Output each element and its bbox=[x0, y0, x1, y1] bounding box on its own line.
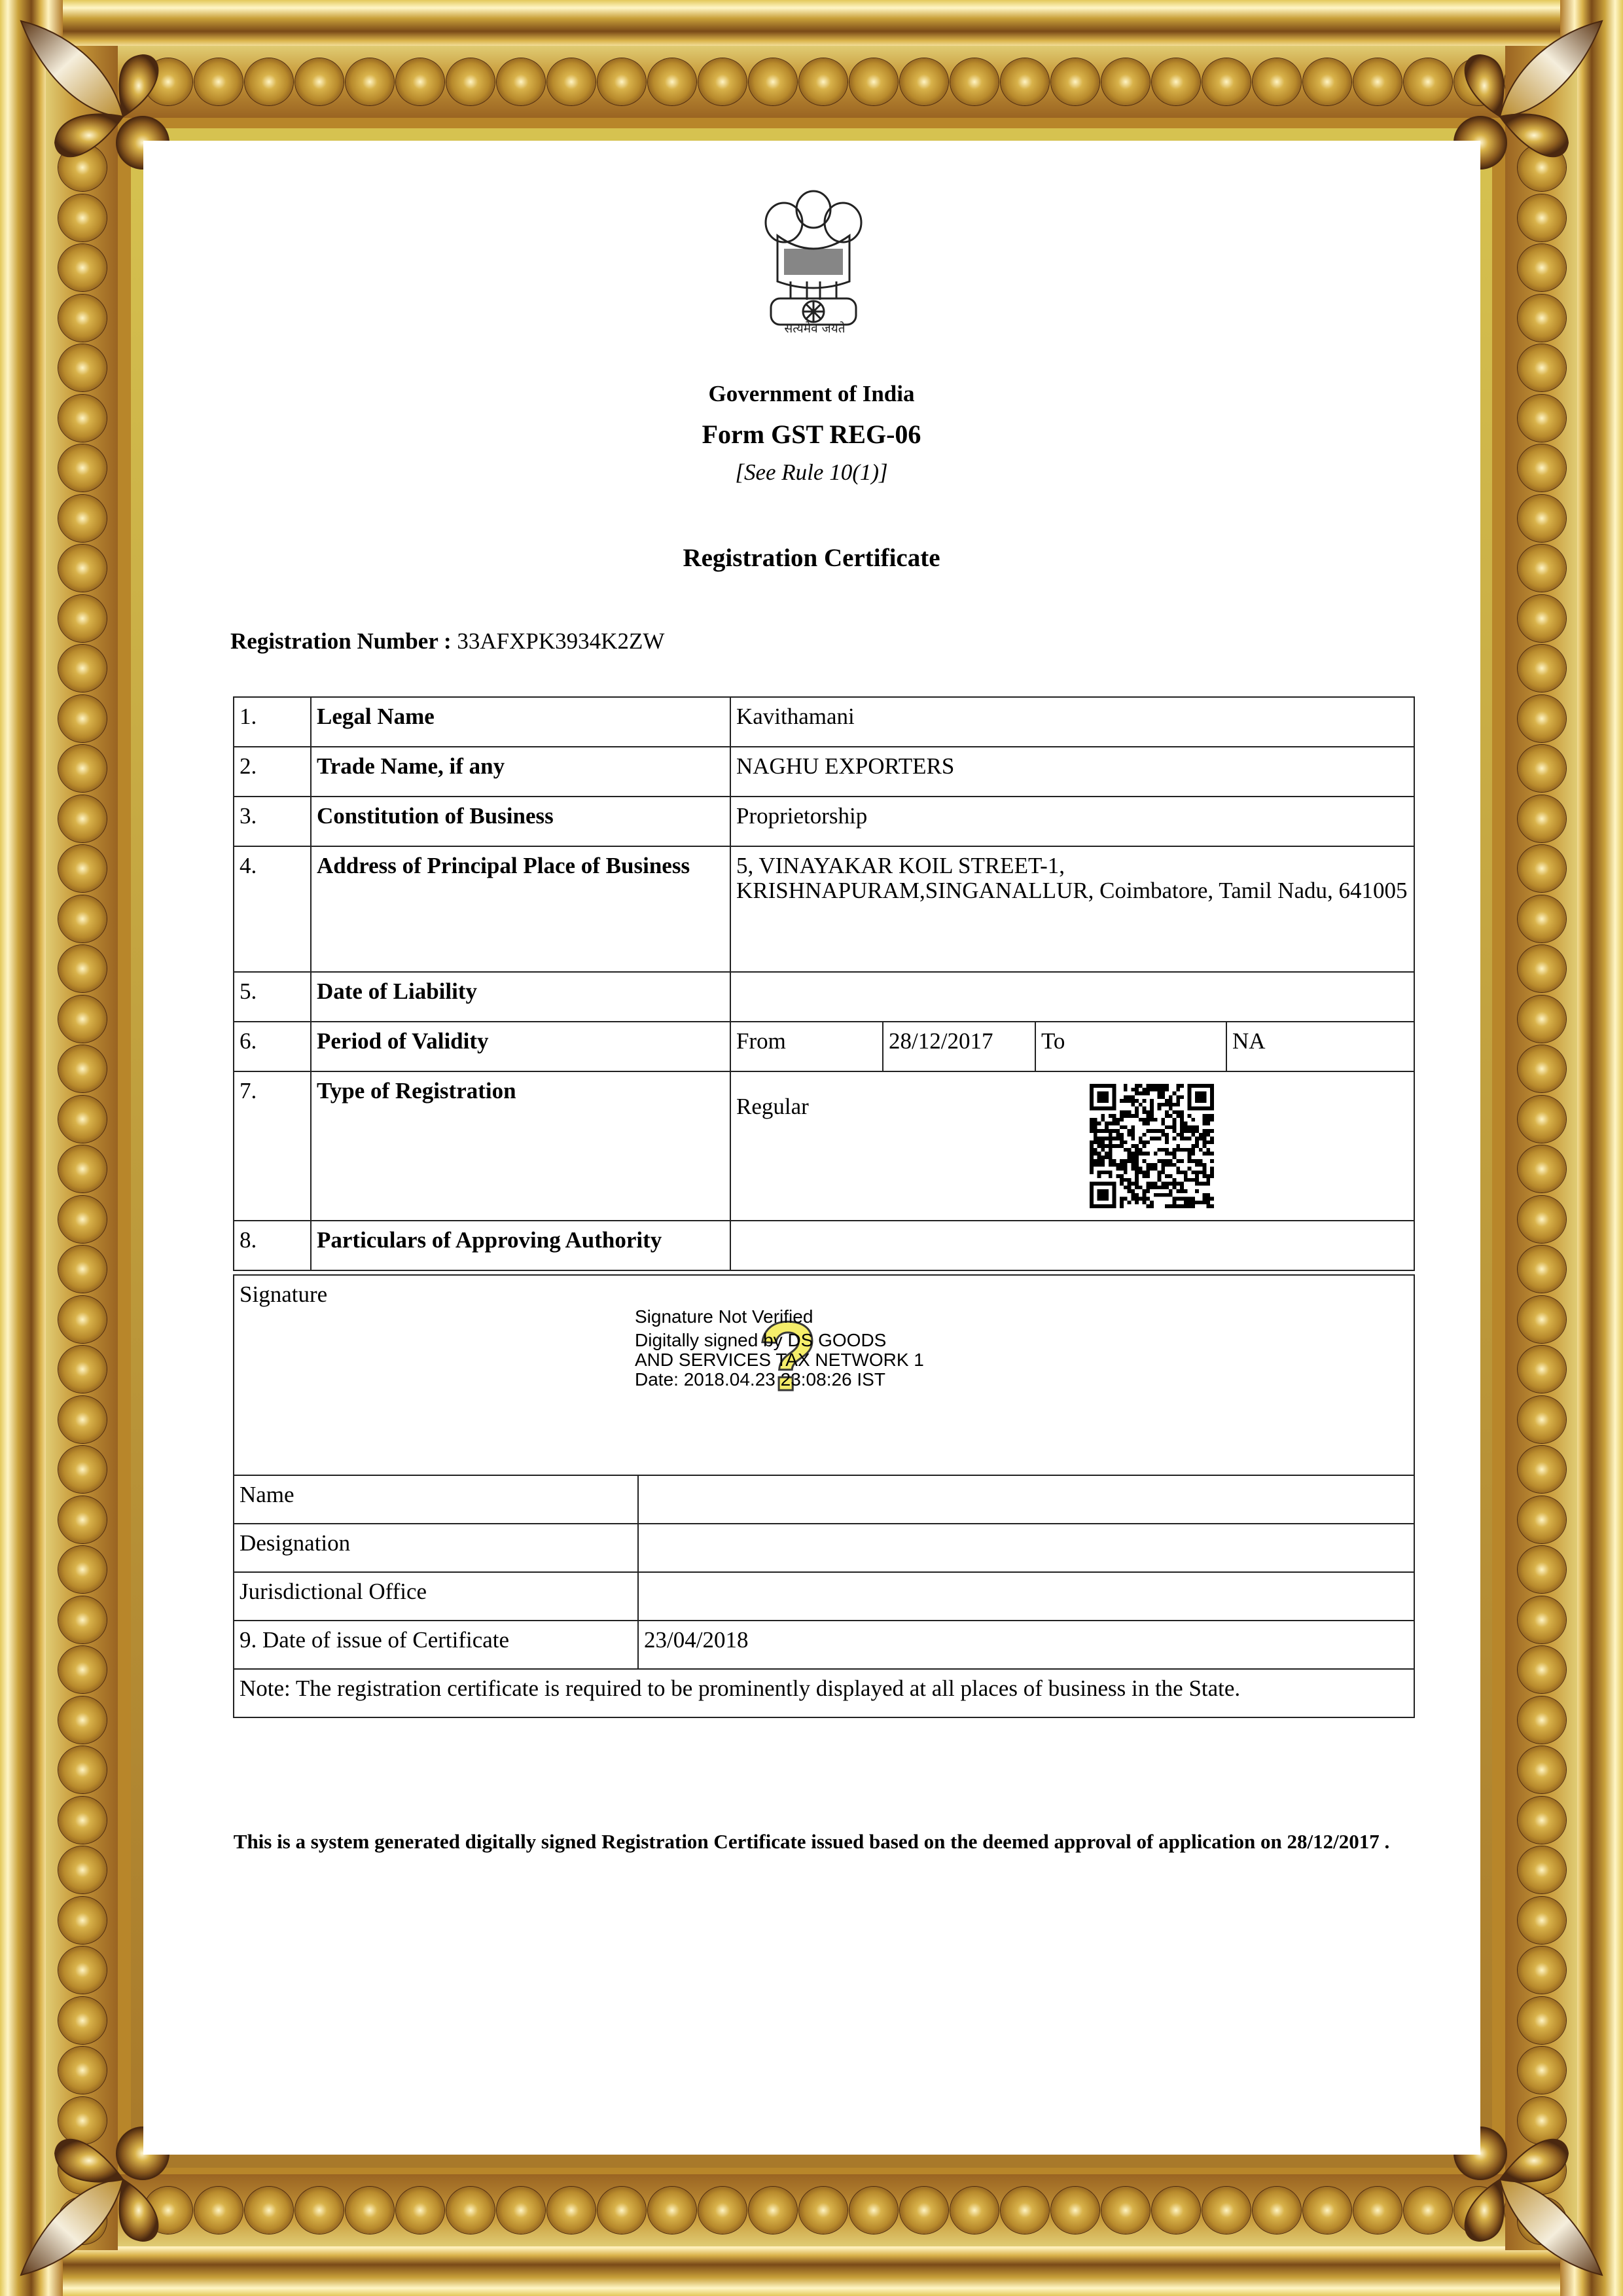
bead-ornament bbox=[58, 1145, 107, 1193]
bead-ornament bbox=[346, 58, 394, 105]
bead-ornament bbox=[597, 58, 646, 105]
bead-ornament bbox=[547, 58, 596, 105]
bead-ornament bbox=[1404, 58, 1452, 105]
signed-by-line-1: Digitally signed by DS GOODS bbox=[635, 1331, 924, 1350]
validity-to-value: NA bbox=[1226, 1022, 1414, 1071]
issue-date-label: 9. Date of issue of Certificate bbox=[234, 1621, 638, 1669]
jurisdictional-office-value bbox=[638, 1572, 1414, 1621]
bead-ornament bbox=[58, 795, 107, 842]
bead-ornament bbox=[1202, 2187, 1251, 2234]
government-heading: Government of India bbox=[0, 381, 1623, 407]
bead-ornament bbox=[1518, 895, 1566, 942]
bead-ornament bbox=[1303, 58, 1351, 105]
bead-ornament bbox=[58, 1096, 107, 1143]
bead-row-left bbox=[46, 46, 118, 2250]
table-row: 9. Date of issue of Certificate 23/04/20… bbox=[234, 1621, 1414, 1669]
table-row: 7. Type of Registration Regular bbox=[234, 1071, 1414, 1221]
bead-ornament bbox=[698, 58, 747, 105]
bead-ornament bbox=[58, 895, 107, 942]
bead-ornament bbox=[1518, 244, 1566, 291]
registration-number: Registration Number : 33AFXPK3934K2ZW bbox=[230, 628, 664, 655]
bead-ornament bbox=[1518, 295, 1566, 342]
bead-ornament bbox=[1001, 2187, 1049, 2234]
table-row: 2. Trade Name, if any NAGHU EXPORTERS bbox=[234, 747, 1414, 797]
bead-ornament bbox=[749, 2187, 797, 2234]
row-label: Date of Liability bbox=[311, 972, 730, 1022]
bead-ornament bbox=[346, 2187, 394, 2234]
rule-reference: [See Rule 10(1)] bbox=[0, 459, 1623, 486]
bead-ornament bbox=[1518, 695, 1566, 742]
constitution-value: Proprietorship bbox=[730, 797, 1414, 846]
bead-row-bottom bbox=[46, 2174, 1577, 2246]
row-label: Particulars of Approving Authority bbox=[311, 1221, 730, 1270]
registration-type-cell: Regular bbox=[730, 1071, 1414, 1221]
authority-name-value bbox=[638, 1475, 1414, 1524]
bead-ornament bbox=[295, 2187, 344, 2234]
signature-date: Date: 2018.04.23 23:08:26 IST bbox=[635, 1370, 924, 1390]
bead-ornament bbox=[749, 58, 797, 105]
row-label: Type of Registration bbox=[311, 1071, 730, 1221]
bead-ornament bbox=[58, 695, 107, 742]
bead-ornament bbox=[58, 495, 107, 542]
trade-name-value: NAGHU EXPORTERS bbox=[730, 747, 1414, 797]
bead-ornament bbox=[1518, 845, 1566, 892]
bead-ornament bbox=[396, 58, 444, 105]
table-row: Name bbox=[234, 1475, 1414, 1524]
bead-ornament bbox=[1404, 2187, 1452, 2234]
bead-ornament bbox=[1518, 1746, 1566, 1793]
bead-ornament bbox=[58, 1746, 107, 1793]
bead-ornament bbox=[1518, 645, 1566, 692]
row-label: Constitution of Business bbox=[311, 797, 730, 846]
bead-ornament bbox=[1518, 1596, 1566, 1643]
bead-ornament bbox=[245, 2187, 293, 2234]
date-of-liability-value bbox=[730, 972, 1414, 1022]
bead-ornament bbox=[1101, 2187, 1150, 2234]
bead-ornament bbox=[1051, 2187, 1099, 2234]
bead-ornament bbox=[58, 1196, 107, 1243]
signature-cell: Signature ? Signature Not Verified Digit… bbox=[234, 1275, 1414, 1475]
system-generated-footer: This is a system generated digitally sig… bbox=[0, 1830, 1623, 1854]
bead-ornament bbox=[1518, 595, 1566, 642]
row-number: 1. bbox=[234, 697, 311, 747]
certificate-title: Registration Certificate bbox=[0, 543, 1623, 573]
bead-ornament bbox=[849, 2187, 898, 2234]
bead-ornament bbox=[58, 1396, 107, 1443]
row-number: 2. bbox=[234, 747, 311, 797]
bead-ornament bbox=[1101, 58, 1150, 105]
bead-ornament bbox=[1518, 1296, 1566, 1343]
bead-ornament bbox=[1518, 1946, 1566, 1994]
bead-ornament bbox=[58, 1246, 107, 1293]
bead-ornament bbox=[245, 58, 293, 105]
bead-ornament bbox=[648, 2187, 696, 2234]
bead-ornament bbox=[497, 58, 545, 105]
display-note: Note: The registration certificate is re… bbox=[234, 1669, 1414, 1717]
bead-ornament bbox=[194, 2187, 243, 2234]
bead-ornament bbox=[58, 1496, 107, 1543]
bead-ornament bbox=[1202, 58, 1251, 105]
emblem-motto: सत्यमेव जयते bbox=[772, 319, 857, 336]
bead-ornament bbox=[58, 845, 107, 892]
bead-ornament bbox=[58, 996, 107, 1043]
bead-row-right bbox=[1505, 46, 1577, 2250]
bead-ornament bbox=[1518, 194, 1566, 242]
validity-from-value: 28/12/2017 bbox=[883, 1022, 1035, 1071]
bead-ornament bbox=[1518, 1145, 1566, 1193]
bead-ornament bbox=[194, 58, 243, 105]
bead-ornament bbox=[1518, 1045, 1566, 1092]
row-label: Legal Name bbox=[311, 697, 730, 747]
validity-to-label: To bbox=[1035, 1022, 1226, 1071]
bead-ornament bbox=[698, 2187, 747, 2234]
bead-ornament bbox=[1518, 1096, 1566, 1143]
authority-name-label: Name bbox=[234, 1475, 638, 1524]
table-row: Designation bbox=[234, 1524, 1414, 1572]
bead-ornament bbox=[58, 645, 107, 692]
bead-ornament bbox=[1518, 2047, 1566, 2094]
bead-ornament bbox=[58, 1045, 107, 1092]
bead-ornament bbox=[799, 2187, 847, 2234]
bead-ornament bbox=[950, 2187, 999, 2234]
row-number: 5. bbox=[234, 972, 311, 1022]
row-number: 8. bbox=[234, 1221, 311, 1270]
table-row: 3. Constitution of Business Proprietorsh… bbox=[234, 797, 1414, 846]
row-label: Trade Name, if any bbox=[311, 747, 730, 797]
registration-number-label: Registration Number : bbox=[230, 628, 452, 654]
row-label: Address of Principal Place of Business bbox=[311, 846, 730, 972]
signature-status: Signature Not Verified bbox=[635, 1307, 924, 1327]
bead-ornament bbox=[1518, 745, 1566, 792]
bead-ornament bbox=[295, 58, 344, 105]
bead-ornament bbox=[1253, 58, 1301, 105]
bead-ornament bbox=[1353, 2187, 1402, 2234]
jurisdictional-office-label: Jurisdictional Office bbox=[234, 1572, 638, 1621]
row-number: 3. bbox=[234, 797, 311, 846]
row-number: 6. bbox=[234, 1022, 311, 1071]
issue-date-value: 23/04/2018 bbox=[638, 1621, 1414, 1669]
bead-ornament bbox=[446, 2187, 495, 2234]
bead-ornament bbox=[58, 295, 107, 342]
bead-ornament bbox=[58, 244, 107, 291]
bead-ornament bbox=[849, 58, 898, 105]
signature-row: Signature ? Signature Not Verified Digit… bbox=[234, 1275, 1414, 1475]
bead-ornament bbox=[58, 1696, 107, 1744]
bead-ornament bbox=[1518, 1546, 1566, 1593]
bead-ornament bbox=[1152, 2187, 1200, 2234]
bead-ornament bbox=[900, 58, 948, 105]
bead-ornament bbox=[396, 2187, 444, 2234]
bead-ornament bbox=[58, 745, 107, 792]
signed-by-line-2: AND SERVICES TAX NETWORK 1 bbox=[635, 1350, 924, 1370]
bead-ornament bbox=[1353, 58, 1402, 105]
bead-ornament bbox=[58, 945, 107, 992]
bead-ornament bbox=[1518, 996, 1566, 1043]
table-row: 1. Legal Name Kavithamani bbox=[234, 697, 1414, 747]
bead-ornament bbox=[799, 58, 847, 105]
bead-ornament bbox=[58, 194, 107, 242]
registration-number-value: 33AFXPK3934K2ZW bbox=[457, 628, 664, 654]
qr-code-icon bbox=[1090, 1084, 1214, 1208]
bead-ornament bbox=[58, 1646, 107, 1693]
bead-row-top bbox=[46, 46, 1577, 118]
bead-ornament bbox=[900, 2187, 948, 2234]
bead-ornament bbox=[648, 58, 696, 105]
bead-ornament bbox=[1518, 1897, 1566, 1944]
bead-ornament bbox=[58, 1346, 107, 1393]
national-emblem-icon bbox=[745, 183, 882, 340]
bead-ornament bbox=[58, 1546, 107, 1593]
bead-ornament bbox=[1518, 1997, 1566, 2044]
bead-ornament bbox=[446, 58, 495, 105]
bead-ornament bbox=[1152, 58, 1200, 105]
bead-ornament bbox=[497, 2187, 545, 2234]
bead-ornament bbox=[1253, 2187, 1301, 2234]
bead-ornament bbox=[1518, 1696, 1566, 1744]
bead-ornament bbox=[58, 595, 107, 642]
registration-type-value: Regular bbox=[736, 1094, 809, 1119]
bead-ornament bbox=[1518, 1396, 1566, 1443]
approving-authority-value bbox=[730, 1221, 1414, 1270]
row-number: 7. bbox=[234, 1071, 311, 1221]
bead-ornament bbox=[950, 58, 999, 105]
bead-ornament bbox=[1518, 795, 1566, 842]
table-row: 8. Particulars of Approving Authority bbox=[234, 1221, 1414, 1270]
bead-ornament bbox=[547, 2187, 596, 2234]
bead-ornament bbox=[1518, 1646, 1566, 1693]
table-row: Note: The registration certificate is re… bbox=[234, 1669, 1414, 1717]
bead-ornament bbox=[58, 1897, 107, 1944]
legal-name-value: Kavithamani bbox=[730, 697, 1414, 747]
validity-from-label: From bbox=[730, 1022, 883, 1071]
bead-ornament bbox=[58, 1997, 107, 2044]
registration-details-table: 1. Legal Name Kavithamani 2. Trade Name,… bbox=[233, 696, 1415, 1271]
bead-ornament bbox=[58, 1446, 107, 1493]
bead-ornament bbox=[1518, 1496, 1566, 1543]
signature-label: Signature bbox=[240, 1282, 327, 1307]
bead-ornament bbox=[1303, 2187, 1351, 2234]
bead-ornament bbox=[58, 2047, 107, 2094]
designation-value bbox=[638, 1524, 1414, 1572]
bead-ornament bbox=[1051, 58, 1099, 105]
address-value: 5, VINAYAKAR KOIL STREET-1, KRISHNAPURAM… bbox=[730, 846, 1414, 972]
bead-ornament bbox=[58, 1946, 107, 1994]
bead-ornament bbox=[1518, 495, 1566, 542]
bead-ornament bbox=[1518, 945, 1566, 992]
row-label: Period of Validity bbox=[311, 1022, 730, 1071]
table-row: Jurisdictional Office bbox=[234, 1572, 1414, 1621]
table-row: 5. Date of Liability bbox=[234, 972, 1414, 1022]
signature-table: Signature ? Signature Not Verified Digit… bbox=[233, 1274, 1415, 1718]
digital-signature-stamp[interactable]: Signature Not Verified Digitally signed … bbox=[635, 1307, 924, 1390]
bead-ornament bbox=[1518, 1346, 1566, 1393]
bead-ornament bbox=[1518, 1196, 1566, 1243]
table-row: 4. Address of Principal Place of Busines… bbox=[234, 846, 1414, 972]
bead-ornament bbox=[1001, 58, 1049, 105]
table-row: 6. Period of Validity From 28/12/2017 To… bbox=[234, 1022, 1414, 1071]
bead-ornament bbox=[1518, 1246, 1566, 1293]
designation-label: Designation bbox=[234, 1524, 638, 1572]
bead-ornament bbox=[597, 2187, 646, 2234]
bead-ornament bbox=[58, 1596, 107, 1643]
bead-ornament bbox=[1518, 1446, 1566, 1493]
form-title: Form GST REG-06 bbox=[0, 419, 1623, 450]
bead-ornament bbox=[58, 1296, 107, 1343]
row-number: 4. bbox=[234, 846, 311, 972]
